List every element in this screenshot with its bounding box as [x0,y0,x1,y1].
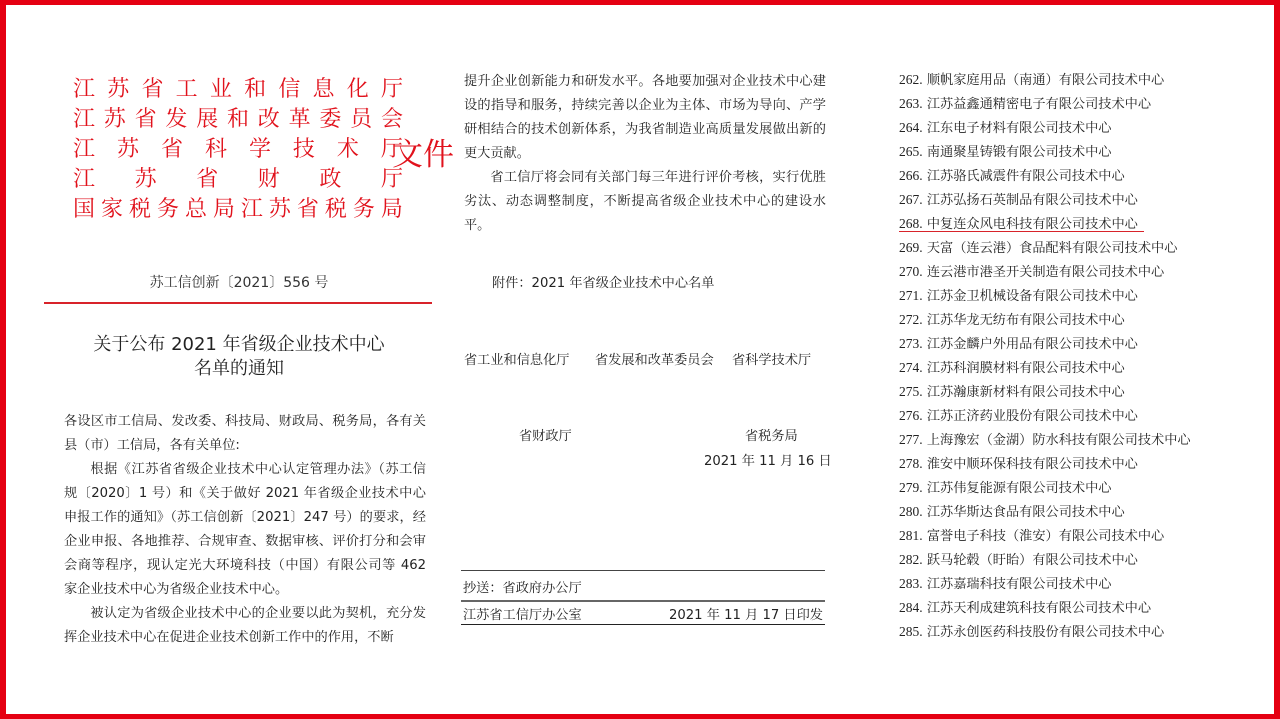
agency-char: 苏 [117,135,139,165]
rule-middle [461,600,825,602]
agency-char: 科 [205,135,227,165]
agency-char: 江 [73,105,95,135]
signatory-ndrc: 省发展和改革委员会 [595,349,714,368]
list-item: 285. 江苏永创医药科技股份有限公司技术中心 [899,620,1219,644]
item-number: 281. [899,528,923,543]
company-list: 262. 顺帆家庭用品（南通）有限公司技术中心263. 江苏益鑫通精密电子有限公… [899,68,1219,644]
company-name: 连云港市港圣开关制造有限公司技术中心 [927,265,1164,280]
list-item: 267. 江苏弘扬石英制品有限公司技术中心 [899,188,1219,212]
company-name: 上海豫宏（金湖）防水科技有限公司技术中心 [927,433,1191,448]
paragraph-2-continued: 提升企业创新能力和研发水平。各地要加强对企业技术中心建设的指导和服务，持续完善以… [464,70,826,166]
list-item: 271. 江苏金卫机械设备有限公司技术中心 [899,284,1219,308]
list-item: 269. 天富（连云港）食品配料有限公司技术中心 [899,236,1219,260]
agency-char: 厅 [381,75,403,105]
agency-char: 局 [213,195,235,225]
company-name: 淮安中顺环保科技有限公司技术中心 [927,457,1138,472]
item-number: 284. [899,600,923,615]
list-item: 283. 江苏嘉瑞科技有限公司技术中心 [899,572,1219,596]
agency-char: 业 [210,75,232,105]
notice-body-middle: 提升企业创新能力和研发水平。各地要加强对企业技术中心建设的指导和服务，持续完善以… [464,70,826,238]
signatory-miit: 省工业和信息化厅 [464,349,570,368]
agency-char: 委 [319,105,341,135]
company-name: 顺帆家庭用品（南通）有限公司技术中心 [927,73,1164,88]
item-number: 282. [899,552,923,567]
red-page-frame: 江苏省工业和信息化厅江苏省发展和改革委员会江苏省科学技术厅江苏省财政厅国家税务总… [0,0,1280,719]
agency-line: 国家税务总局江苏省税务局 [73,195,403,225]
company-name: 跃马轮毂（盱眙）有限公司技术中心 [927,553,1138,568]
print-date: 2021 年 11 月 17 日印发 [669,604,823,623]
company-name: 江苏天利成建筑科技有限公司技术中心 [927,601,1151,616]
list-item: 274. 江苏科润膜材料有限公司技术中心 [899,356,1219,380]
agency-char: 改 [258,105,280,135]
list-item-highlighted: 268. 中复连众风电科技有限公司技术中心 [899,212,1219,236]
sign-date: 2021 年 11 月 16 日 [704,450,832,469]
print-info: 江苏省工信厅办公室 2021 年 11 月 17 日印发 [463,604,823,623]
agency-line: 江苏省财政厅 [73,165,403,195]
company-name: 江苏科润膜材料有限公司技术中心 [927,361,1125,376]
agency-char: 技 [293,135,315,165]
agency-line: 江苏省工业和信息化厅 [73,75,403,105]
list-item: 270. 连云港市港圣开关制造有限公司技术中心 [899,260,1219,284]
company-name: 江苏益鑫通精密电子有限公司技术中心 [927,97,1151,112]
item-number: 277. [899,432,923,447]
agency-char: 省 [297,195,319,225]
agency-char: 局 [381,195,403,225]
agency-char: 苏 [269,195,291,225]
agency-char: 信 [278,75,300,105]
agency-char: 江 [241,195,263,225]
list-item: 284. 江苏天利成建筑科技有限公司技术中心 [899,596,1219,620]
rule-bottom [461,624,825,625]
company-name: 江苏金卫机械设备有限公司技术中心 [927,289,1138,304]
red-underline [899,231,1144,233]
item-number: 262. [899,72,923,87]
red-divider [44,302,432,304]
agency-char: 工 [176,75,198,105]
list-item: 281. 富誉电子科技（淮安）有限公司技术中心 [899,524,1219,548]
item-number: 274. [899,360,923,375]
agency-char: 家 [101,195,123,225]
company-name: 天富（连云港）食品配料有限公司技术中心 [927,241,1178,256]
agency-char: 术 [337,135,359,165]
item-number: 280. [899,504,923,519]
item-number: 269. [899,240,923,255]
item-number: 276. [899,408,923,423]
document-mark: 文件 [392,135,454,175]
item-number: 278. [899,456,923,471]
item-number: 272. [899,312,923,327]
agency-char: 江 [73,165,95,195]
list-item: 273. 江苏金麟户外用品有限公司技术中心 [899,332,1219,356]
list-item: 278. 淮安中顺环保科技有限公司技术中心 [899,452,1219,476]
notice-body-left: 各设区市工信局、发改委、科技局、财政局、税务局，各有关县（市）工信局，各有关单位… [64,410,426,650]
cc-recipients: 抄送：省政府办公厅 [463,577,582,596]
agency-char: 苏 [104,105,126,135]
agency-char: 务 [353,195,375,225]
list-item: 263. 江苏益鑫通精密电子有限公司技术中心 [899,92,1219,116]
agency-char: 省 [161,135,183,165]
agency-char: 学 [249,135,271,165]
item-number: 263. [899,96,923,111]
company-name: 江东电子材料有限公司技术中心 [927,121,1112,136]
signatory-finance: 省财政厅 [519,425,572,444]
agency-char: 税 [325,195,347,225]
list-item: 282. 跃马轮毂（盱眙）有限公司技术中心 [899,548,1219,572]
agency-char: 江 [73,135,95,165]
agency-char: 江 [73,75,95,105]
signatory-tax: 省税务局 [745,425,798,444]
item-number: 283. [899,576,923,591]
agency-line: 江苏省科学技术厅 [73,135,403,165]
agency-char: 税 [129,195,151,225]
agency-char: 国 [73,195,95,225]
company-name: 江苏瀚康新材料有限公司技术中心 [927,385,1125,400]
item-number: 275. [899,384,923,399]
list-item: 262. 顺帆家庭用品（南通）有限公司技术中心 [899,68,1219,92]
agency-line: 江苏省发展和改革委员会 [73,105,403,135]
agency-char: 发 [165,105,187,135]
list-item: 264. 江东电子材料有限公司技术中心 [899,116,1219,140]
list-item: 275. 江苏瀚康新材料有限公司技术中心 [899,380,1219,404]
list-item: 279. 江苏伟复能源有限公司技术中心 [899,476,1219,500]
agency-char: 省 [135,105,157,135]
agency-char: 化 [347,75,369,105]
item-number: 266. [899,168,923,183]
issuer-office: 江苏省工信厅办公室 [463,604,582,623]
rule-top [461,570,825,571]
attachment-note: 附件：2021 年省级企业技术中心名单 [492,272,714,291]
agency-char: 和 [227,105,249,135]
agency-char: 息 [313,75,335,105]
company-name: 南通聚星铸锻有限公司技术中心 [927,145,1112,160]
company-name: 江苏华斯达食品有限公司技术中心 [927,505,1125,520]
company-name: 江苏骆氏减震件有限公司技术中心 [927,169,1125,184]
agency-char: 和 [244,75,266,105]
company-name: 江苏华龙无纺布有限公司技术中心 [927,313,1125,328]
agency-char: 展 [196,105,218,135]
notice-title: 关于公布 2021 年省级企业技术中心 名单的通知 [46,333,432,381]
agency-char: 员 [350,105,372,135]
paragraph-3: 省工信厅将会同有关部门每三年进行评价考核，实行优胜劣汰、动态调整制度，不断提高省… [464,166,826,238]
company-name: 江苏金麟户外用品有限公司技术中心 [927,337,1138,352]
agency-char: 财 [258,165,280,195]
item-number: 279. [899,480,923,495]
item-number: 268. [899,216,923,231]
issuing-agencies: 江苏省工业和信息化厅江苏省发展和改革委员会江苏省科学技术厅江苏省财政厅国家税务总… [73,75,403,225]
agency-char: 会 [381,105,403,135]
salutation: 各设区市工信局、发改委、科技局、财政局、税务局，各有关县（市）工信局，各有关单位… [64,410,426,458]
company-name: 富誉电子科技（淮安）有限公司技术中心 [927,529,1164,544]
agency-char: 革 [289,105,311,135]
paragraph-2-start: 被认定为省级企业技术中心的企业要以此为契机，充分发挥企业技术中心在促进企业技术创… [64,602,426,650]
item-number: 273. [899,336,923,351]
agency-char: 总 [185,195,207,225]
list-item: 266. 江苏骆氏减震件有限公司技术中心 [899,164,1219,188]
paragraph-1: 根据《江苏省省级企业技术中心认定管理办法》（苏工信规〔2020〕1 号）和《关于… [64,458,426,602]
item-number: 285. [899,624,923,639]
company-name: 江苏嘉瑞科技有限公司技术中心 [927,577,1112,592]
agency-char: 苏 [135,165,157,195]
list-item: 277. 上海豫宏（金湖）防水科技有限公司技术中心 [899,428,1219,452]
item-number: 265. [899,144,923,159]
item-number: 267. [899,192,923,207]
item-number: 271. [899,288,923,303]
agency-char: 苏 [107,75,129,105]
company-name: 江苏伟复能源有限公司技术中心 [927,481,1112,496]
list-item: 265. 南通聚星铸锻有限公司技术中心 [899,140,1219,164]
item-number: 270. [899,264,923,279]
agency-char: 省 [196,165,218,195]
title-line-1: 关于公布 2021 年省级企业技术中心 [46,333,432,357]
list-item: 272. 江苏华龙无纺布有限公司技术中心 [899,308,1219,332]
list-item: 280. 江苏华斯达食品有限公司技术中心 [899,500,1219,524]
company-name: 江苏正济药业股份有限公司技术中心 [927,409,1138,424]
agency-char: 务 [157,195,179,225]
signatory-sti: 省科学技术厅 [732,349,811,368]
agency-char: 政 [319,165,341,195]
agency-char: 省 [141,75,163,105]
document-number: 苏工信创新〔2021〕556 号 [46,272,432,292]
list-item: 276. 江苏正济药业股份有限公司技术中心 [899,404,1219,428]
item-number: 264. [899,120,923,135]
company-name: 江苏弘扬石英制品有限公司技术中心 [927,193,1138,208]
title-line-2: 名单的通知 [46,357,432,381]
company-name: 江苏永创医药科技股份有限公司技术中心 [927,625,1164,640]
